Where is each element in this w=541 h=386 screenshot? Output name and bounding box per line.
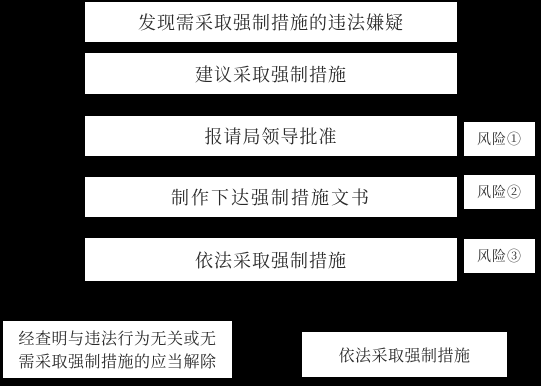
outcome-enforce-box: 依法采取强制措施 <box>302 332 507 377</box>
risk-label-3: 风险③ <box>464 239 535 273</box>
flow-step-take-measures: 依法采取强制措施 <box>85 238 457 281</box>
outcome-release-line2: 需采取强制措施的应当解除 <box>18 350 216 373</box>
flow-step-issue-documents: 制作下达强制措施文书 <box>85 177 457 217</box>
risk-label-2: 风险② <box>464 175 535 209</box>
flow-step-suggest-measures: 建议采取强制措施 <box>85 53 457 94</box>
outcome-release-line1: 经查明与违法行为无关或无 <box>18 327 216 350</box>
outcome-release-box: 经查明与违法行为无关或无 需采取强制措施的应当解除 <box>3 321 232 378</box>
flow-step-request-approval: 报请局领导批准 <box>85 116 457 156</box>
flow-step-discover-violation: 发现需采取强制措施的违法嫌疑 <box>85 2 457 42</box>
risk-label-1: 风险① <box>464 122 535 156</box>
flowchart-canvas: 发现需采取强制措施的违法嫌疑 建议采取强制措施 报请局领导批准 制作下达强制措施… <box>0 0 541 386</box>
